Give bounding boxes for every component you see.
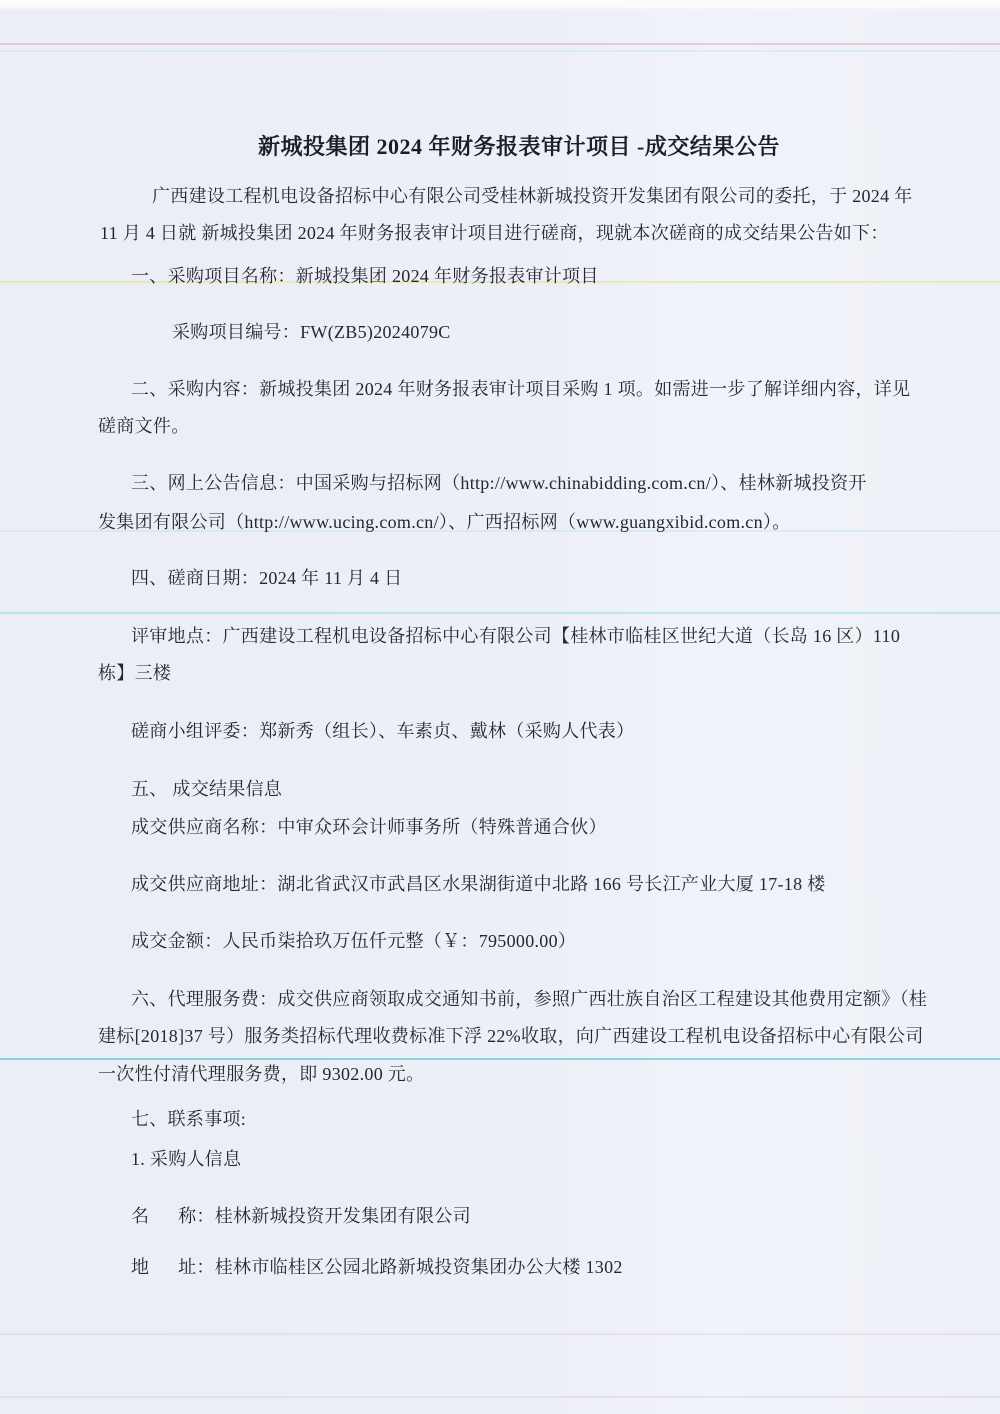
section6-agency-fee-line-3: 一次性付清代理服务费，即 9302.00 元。	[98, 1064, 424, 1085]
section7-heading: 七、联系事项:	[131, 1109, 246, 1130]
section1-project-name: 一、采购项目名称：新城投集团 2024 年财务报表审计项目	[131, 266, 599, 287]
scan-streak-pink	[0, 1396, 1000, 1398]
section4-negotiation-date: 四、磋商日期：2024 年 11 月 4 日	[131, 568, 402, 589]
section7-buyer-address: 地 址：桂林市临桂区公园北路新城投资集团办公大楼 1302	[131, 1257, 623, 1278]
section2-content-line-2: 磋商文件。	[98, 416, 190, 437]
section1-project-code: 采购项目编号：FW(ZB5)2024079C	[172, 322, 451, 343]
scan-streak-cyan	[0, 1058, 1000, 1060]
section5-supplier-name: 成交供应商名称：中审众环会计师事务所（特殊普通合伙）	[131, 817, 607, 838]
section5-award-amount: 成交金额：人民币柒拾玖万伍仟元整（￥：795000.00）	[131, 931, 576, 952]
section7-buyer-name: 名 称：桂林新城投资开发集团有限公司	[131, 1206, 471, 1227]
document-title: 新城投集团 2024 年财务报表审计项目 -成交结果公告	[258, 130, 780, 161]
section5-supplier-address: 成交供应商地址：湖北省武汉市武昌区水果湖街道中北路 166 号长江产业大厦 17…	[131, 874, 826, 895]
scan-streak-pink	[0, 43, 1000, 45]
scan-streak-cyan	[0, 50, 1000, 52]
section4-review-venue-line-2: 栋】三楼	[98, 663, 171, 684]
section4-panel-members: 磋商小组评委：郑新秀（组长）、车素贞、戴林（采购人代表）	[131, 721, 634, 742]
scan-streak-cyan	[0, 612, 1000, 614]
section6-agency-fee-line-2: 建标[2018]37 号）服务类招标代理收费标准下浮 22%收取，向广西建设工程…	[98, 1026, 924, 1047]
section2-content-line-1: 二、采购内容：新城投集团 2024 年财务报表审计项目采购 1 项。如需进一步了…	[131, 379, 910, 400]
section3-online-info-line-2: 发集团有限公司（http://www.ucing.com.cn/）、广西招标网（…	[98, 512, 791, 533]
scanned-announcement-page: 新城投集团 2024 年财务报表审计项目 -成交结果公告 广西建设工程机电设备招…	[0, 0, 1000, 1414]
scan-streak-pink	[0, 1333, 1000, 1335]
section4-review-venue-line-1: 评审地点：广西建设工程机电设备招标中心有限公司【桂林市临桂区世纪大道（长岛 16…	[131, 626, 900, 647]
section7-buyer-heading: 1. 采购人信息	[131, 1149, 241, 1170]
intro-line-2: 11 月 4 日就 新城投集团 2024 年财务报表审计项目进行磋商，现就本次磋…	[100, 223, 889, 244]
section5-heading: 五、 成交结果信息	[131, 779, 282, 800]
section3-online-info-line-1: 三、网上公告信息：中国采购与招标网（http://www.chinabiddin…	[131, 473, 867, 494]
intro-line-1: 广西建设工程机电设备招标中心有限公司受桂林新城投资开发集团有限公司的委托，于 2…	[152, 186, 913, 207]
section6-agency-fee-line-1: 六、代理服务费：成交供应商领取成交通知书前，参照广西壮族自治区工程建设其他费用定…	[131, 989, 927, 1010]
